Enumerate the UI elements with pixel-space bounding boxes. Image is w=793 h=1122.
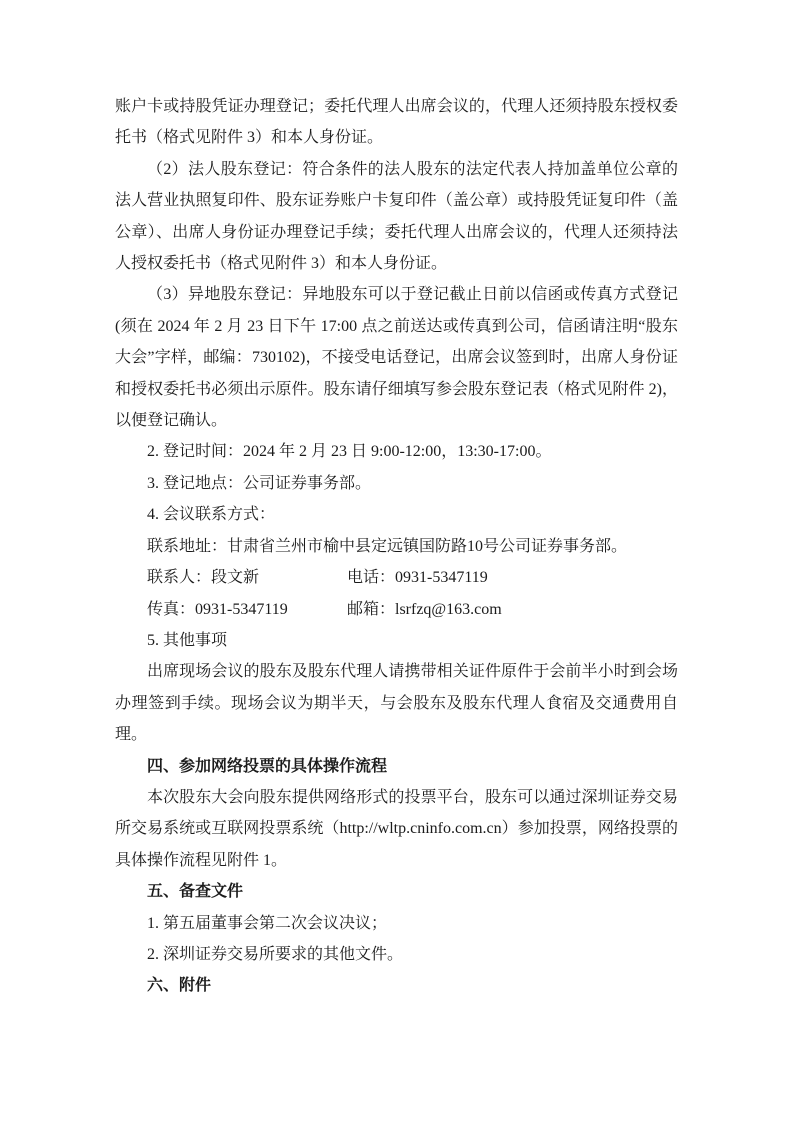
paragraph: 出席现场会议的股东及股东代理人请携带相关证件原件于会前半小时到会场办理签到手续。… [115, 656, 678, 750]
contact-field: 联系人：段文新 [147, 562, 347, 593]
paragraph: （3）异地股东登记：异地股东可以于登记截止日前以信函或传真方式登记(须在 202… [115, 279, 678, 436]
document-page: 账户卡或持股凭证办理登记；委托代理人出席会议的，代理人还须持股东授权委托书（格式… [0, 0, 793, 1122]
paragraph: 账户卡或持股凭证办理登记；委托代理人出席会议的，代理人还须持股东授权委托书（格式… [115, 91, 678, 154]
paragraph: 5. 其他事项 [115, 625, 678, 656]
paragraph: 2. 深圳证券交易所要求的其他文件。 [115, 939, 678, 970]
section-heading: 六、附件 [115, 970, 678, 1001]
contact-field: 传真：0931-5347119 [147, 594, 347, 625]
contact-field: 电话：0931-5347119 [347, 562, 678, 593]
paragraph: 2. 登记时间：2024 年 2 月 23 日 9:00-12:00，13:30… [115, 436, 678, 467]
paragraph: 本次股东大会向股东提供网络形式的投票平台，股东可以通过深圳证券交易所交易系统或互… [115, 782, 678, 876]
section-heading: 五、备查文件 [115, 876, 678, 907]
paragraph: 联系地址：甘肃省兰州市榆中县定远镇国防路10号公司证券事务部。 [115, 531, 678, 562]
contact-row: 联系人：段文新电话：0931-5347119 [115, 562, 678, 593]
section-heading: 四、参加网络投票的具体操作流程 [115, 751, 678, 782]
contact-field: 邮箱：lsrfzq@163.com [347, 594, 678, 625]
document-body: 账户卡或持股凭证办理登记；委托代理人出席会议的，代理人还须持股东授权委托书（格式… [115, 91, 678, 1002]
paragraph: （2）法人股东登记：符合条件的法人股东的法定代表人持加盖单位公章的法人营业执照复… [115, 154, 678, 280]
paragraph: 1. 第五届董事会第二次会议决议； [115, 908, 678, 939]
paragraph: 3. 登记地点：公司证券事务部。 [115, 468, 678, 499]
paragraph: 4. 会议联系方式： [115, 499, 678, 530]
contact-row: 传真：0931-5347119邮箱：lsrfzq@163.com [115, 594, 678, 625]
